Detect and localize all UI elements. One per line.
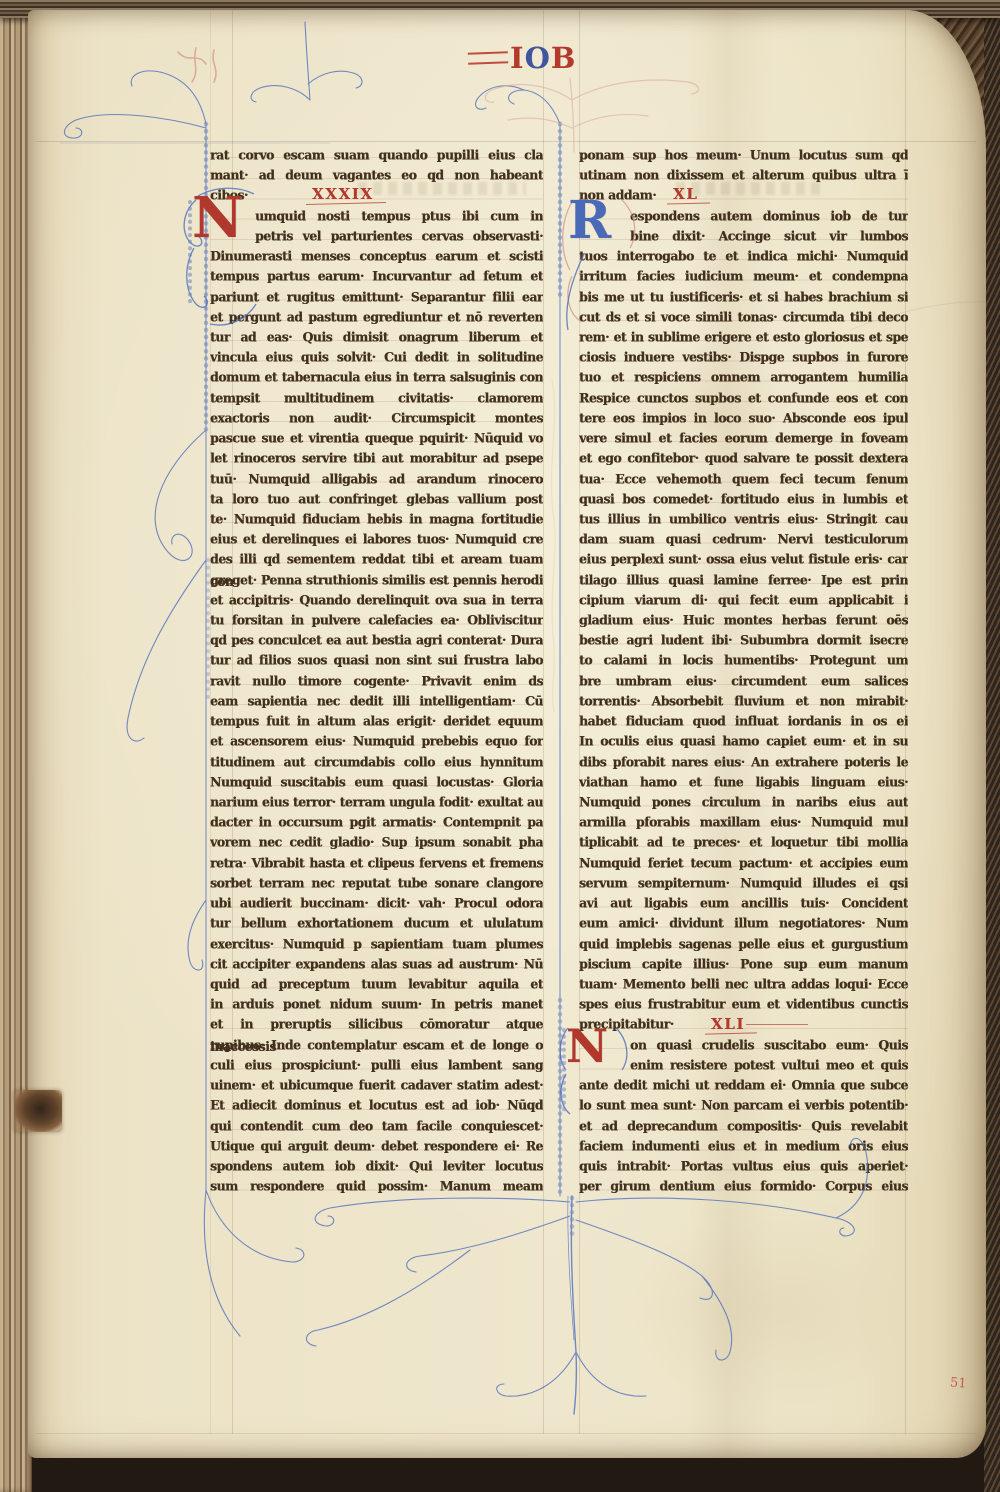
running-title-letter: I — [510, 41, 525, 75]
running-title-letter: B — [551, 41, 577, 75]
text-line: servum sempiternum· Numquid illudes ei q… — [579, 872, 908, 894]
chapter-numeral-xxxix: XXXIX — [312, 185, 374, 203]
text-line: quid ad preceptum tuum levabitur aquila … — [210, 973, 543, 995]
text-line: Numquid suscitabis eum quasi locustas· G… — [210, 771, 543, 793]
text-line: narium eius terror· terram ungula fodit·… — [210, 791, 543, 813]
text-line: vorem nec cedit gladio· Sup ipsum sonabi… — [210, 832, 543, 854]
text-line: ponam sup hos meum· Unum locutus sum qd — [579, 145, 908, 166]
text-line: dibs pforabit nares eius· An extrahere p… — [579, 751, 908, 773]
text-line: cit accipiter expandens alas suas ad aus… — [210, 953, 543, 975]
initial-n-ch39: N — [192, 194, 243, 243]
text-line: tur ad filios suos quasi non sint sui fr… — [210, 650, 543, 672]
chapter-numeral-xli: XLI — [711, 1015, 745, 1033]
text-line: et ego confitebor· quod salvare te possi… — [579, 447, 908, 469]
text-line: viathan hamo et fune ligabis linguam eiu… — [579, 771, 908, 793]
text-line: let rinoceros servire tibi aut morabitur… — [210, 447, 543, 469]
text-line: bestie agri ludent ibi· Subumbra dormit … — [579, 629, 908, 651]
text-line: dam suam quasi cedrum· Nervi testiculoru… — [579, 528, 908, 550]
text-line: titudinem aut circumdabis collo eius hyn… — [210, 751, 543, 773]
text-line: cipium viarum di· qui fecit eum applicab… — [579, 589, 908, 611]
folio-number: 51 — [949, 1375, 967, 1391]
text-line: vincula eius quis solvit· Cui dedit in s… — [210, 346, 543, 368]
text-line: spes eius frustrabitur eum et videntibus… — [579, 993, 908, 1015]
text-line: des illi qd sementem reddat tibi et area… — [210, 549, 543, 571]
text-line: mant· ad deum vagantes eo qd non habeant — [210, 164, 543, 186]
text-line: qui contendit cum deo tam facile conquie… — [210, 1115, 543, 1137]
text-line: eius perplexi sunt· ossa eius velut fist… — [579, 549, 908, 571]
text-line: ubi audierit buccinam· dicit· vah· Procu… — [210, 892, 543, 914]
text-line: In oculis eius quasi hamo capiet eum· et… — [579, 731, 908, 753]
text-line: quis intrabit· Portas vultus eius quis a… — [579, 1155, 908, 1177]
text-line: Respice cunctos supbos et confunde eos e… — [579, 387, 908, 409]
text-line: to calami in locis humentibs· Protegunt … — [579, 650, 908, 672]
text-line: eum amici· dividunt illum negotiatores· … — [579, 913, 908, 935]
text-line: tempus fuit in altum alas erigit· deride… — [210, 710, 543, 732]
text-line: et accipitris· Quando derelinquit ova su… — [210, 589, 543, 611]
text-line: tuam· Memento belli nec ultra addas loqu… — [579, 973, 908, 995]
text-line: torrentis· Absorbebit fluvium et non mir… — [579, 690, 908, 712]
text-line: bre umbram eius· circumdent eum salices — [579, 670, 908, 692]
text-line: Utique qui arguit deum· debet respondere… — [210, 1135, 543, 1157]
text-line: Numquid pones circulum in naribs eius au… — [579, 791, 908, 813]
text-line: sorbet terram nec reputat tube sonare cl… — [210, 872, 543, 894]
text-line: ciosis induere vestibs· Dispge supbos in… — [579, 346, 908, 368]
text-line: per girum dentium eius formido· Corpus e… — [579, 1175, 908, 1197]
text-line: tus illius in umbilico ventris eius· Str… — [579, 508, 908, 530]
repair-patch — [14, 1090, 62, 1132]
text-line: in arduis ponet nidum suum· In petris ma… — [210, 993, 543, 1015]
text-line: et ascensorem eius· Numquid prebebis equ… — [210, 731, 543, 753]
text-line: tuū· Numquid alligabis ad arandum rinoce… — [210, 468, 543, 490]
text-line: piscium capite illius· Pone sup eum manu… — [579, 953, 908, 975]
running-title-letter: O — [525, 41, 551, 75]
text-line: tere eos impios in loco suo· Absconde eo… — [579, 407, 908, 429]
text-line: tu forsitan in pulvere calefacies ea· Ob… — [210, 609, 543, 631]
manuscript-photo: I O B rat corvo escam suam quando pupill… — [0, 0, 1000, 1492]
book-right-page-edges — [984, 0, 1000, 1492]
text-line: exercitus· Numquid p sapientiam tuam plu… — [210, 933, 543, 955]
text-line: greget· Penna struthionis similis est pe… — [210, 569, 543, 591]
text-line: avi aut ligabis eum ancillis tuis· Conci… — [579, 892, 908, 914]
text-line: uinem· et ubicumque fuerit cadaver stati… — [210, 1074, 543, 1096]
text-line: tempsit multitudinem civitatis· clamorem — [210, 387, 543, 409]
text-line: vere simul et facies eorum demerge in fo… — [579, 427, 908, 449]
text-line: retra· Vibrabit hasta et clipeus fervens… — [210, 852, 543, 874]
text-line: ta loro tuo aut confringet glebas valliu… — [210, 488, 543, 510]
text-line: sum respondere quid possim· Manum meam — [210, 1175, 543, 1197]
text-line: tiplicabit ad te preces· et loquetur tib… — [579, 832, 908, 854]
rubric-flourish-dash — [468, 51, 508, 64]
text-line: exactoris non audit· Circumspicit montes — [210, 407, 543, 429]
text-line: quid implebis sagenas pelle eius et gurg… — [579, 933, 908, 955]
text-line: eius et derelinques ei labores tuos· Num… — [210, 528, 543, 550]
text-line: dacter in occursum pgit armatis· Contemp… — [210, 811, 543, 833]
text-line: eam sapientia nec dedit illi intelligent… — [210, 690, 543, 712]
text-line: armilla pforabis maxillam eius· Numquid … — [579, 811, 908, 833]
text-line: spondens autem iob dixit· Qui leviter lo… — [210, 1155, 543, 1177]
text-line: domum et tabernacula eius in terra salsu… — [210, 367, 543, 389]
text-line: gladium eius· Huic montes herbas ferunt … — [579, 609, 908, 631]
text-line: habet fiduciam quod influat iordanis in … — [579, 710, 908, 732]
text-line: Et adiecit dominus et locutus est ad iob… — [210, 1094, 543, 1116]
ruling-horizontal — [36, 1433, 976, 1434]
parchment-page: I O B rat corvo escam suam quando pupill… — [28, 10, 986, 1458]
initial-n-ch41: N — [566, 1026, 608, 1066]
text-line: rat corvo escam suam quando pupilli eius… — [210, 145, 543, 166]
text-line: ravit nullo timore cogente· Privavit eni… — [210, 670, 543, 692]
chapter-numeral-xl: XL — [673, 185, 698, 203]
text-line: pascue sue et virentia queque pquirit· N… — [210, 427, 543, 449]
text-line: quasi bos comedet· fortitudo eius in lum… — [579, 488, 908, 510]
text-line: Numquid feriet tecum pactum· et accipies… — [579, 852, 908, 874]
text-line: tilago illius quasi lamine ferree· Ipe e… — [579, 569, 908, 591]
ruling-horizontal — [36, 141, 976, 142]
text-line: te· Numquid fiduciam hebis in magna fort… — [210, 508, 543, 530]
text-line: rupibus· Inde contemplatur escam et de l… — [210, 1034, 543, 1056]
text-line: tua· Ecce vehemoth quem feci tecum fenum — [579, 468, 908, 490]
ruling-vertical — [543, 10, 544, 1434]
text-line: tur bellum exhortationem ducum et ululat… — [210, 913, 543, 935]
text-line: qd pes conculcet ea aut bestia agri cont… — [210, 629, 543, 651]
running-title: I O B — [468, 38, 576, 78]
text-line: tuo et respiciens omnem arrogantem humil… — [579, 367, 908, 389]
initial-r-ch40: R — [568, 198, 611, 244]
text-line: utinam non dixissem et alterum quibus ul… — [579, 164, 908, 186]
text-line: culi eius prospiciunt· pulli eius lamben… — [210, 1054, 543, 1076]
text-line: et in preruptis silicibus cōmoratur atqu… — [210, 1014, 543, 1036]
